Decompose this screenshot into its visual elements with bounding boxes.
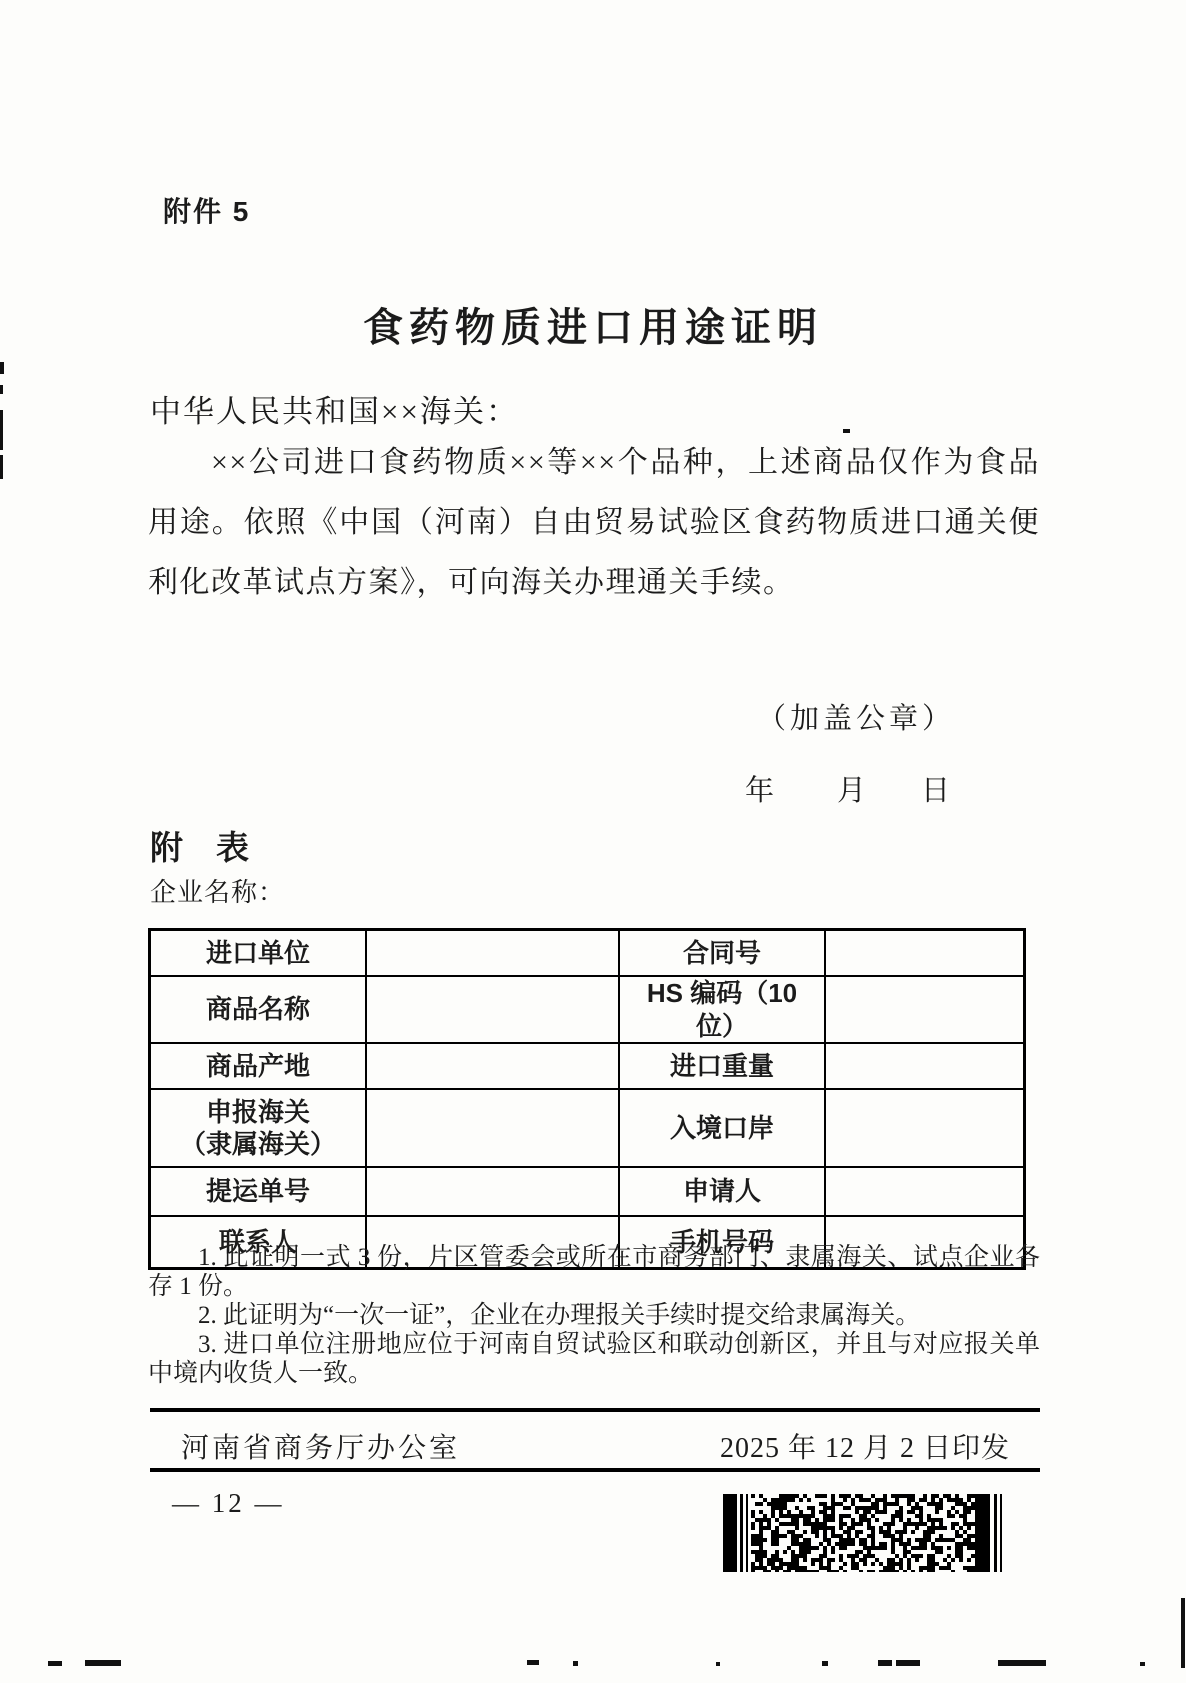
table-row: 提运单号 申请人 — [150, 1167, 1025, 1216]
field-label-contract-no: 合同号 — [619, 930, 825, 977]
scan-artifact — [822, 1661, 828, 1666]
salutation-line: 中华人民共和国××海关： — [150, 386, 519, 431]
page-number: — 12 — — [172, 1488, 285, 1519]
year-label: 年 — [745, 775, 774, 807]
month-label: 月 — [837, 775, 866, 807]
field-value-applicant — [825, 1167, 1025, 1216]
field-label-applicant: 申请人 — [619, 1167, 825, 1216]
field-label-entry-port: 入境口岸 — [619, 1089, 825, 1167]
table-row: 进口单位 合同号 — [150, 930, 1025, 977]
field-value-contract-no — [825, 930, 1025, 977]
scan-artifact — [1181, 1598, 1185, 1668]
note-item: 1. 此证明一式 3 份，片区管委会或所在市商务部门、隶属海关、试点企业各存 1… — [148, 1243, 1040, 1301]
company-name-label: 企业名称： — [150, 872, 285, 909]
footer-issuer: 河南省商务厅办公室 — [181, 1426, 460, 1466]
field-value-entry-port — [825, 1089, 1025, 1167]
scan-artifact — [878, 1660, 892, 1666]
field-value-import-unit — [366, 930, 619, 977]
scan-artifact — [843, 429, 850, 433]
scan-artifact — [0, 362, 4, 374]
document-page: 附件 5 食药物质进口用途证明 中华人民共和国××海关： ××公司进口食药物质×… — [0, 0, 1186, 1683]
day-label: 日 — [921, 775, 950, 807]
scan-artifact — [1140, 1662, 1145, 1666]
body-paragraph: ××公司进口食药物质××等××个品种，上述商品仅作为食品用途。依照《中国（河南）… — [148, 433, 1040, 613]
note-item: 3. 进口单位注册地应位于河南自贸试验区和联动创新区，并且与对应报关单中境内收货… — [148, 1330, 1040, 1388]
field-label-import-weight: 进口重量 — [619, 1043, 825, 1089]
field-label-declare-customs: 申报海关（隶属海关） — [150, 1089, 367, 1167]
scan-artifact — [0, 455, 3, 479]
field-label-bill-of-lading: 提运单号 — [150, 1167, 367, 1216]
table-row: 商品产地 进口重量 — [150, 1043, 1025, 1089]
scan-artifact — [998, 1660, 1046, 1666]
attachment-label: 附件 5 — [163, 190, 250, 230]
field-label-origin: 商品产地 — [150, 1043, 367, 1089]
field-value-origin — [366, 1043, 619, 1089]
scan-artifact — [896, 1660, 920, 1666]
footer-top-rule — [150, 1408, 1040, 1412]
field-value-import-weight — [825, 1043, 1025, 1089]
scan-artifact — [0, 410, 3, 450]
field-value-commodity-name — [366, 976, 619, 1043]
field-label-commodity-name: 商品名称 — [150, 976, 367, 1043]
field-value-bill-of-lading — [366, 1167, 619, 1216]
footer-bottom-rule — [150, 1468, 1040, 1472]
form-table: 进口单位 合同号 商品名称 HS 编码（10 位） 商品产地 进口重量 申报海关… — [148, 928, 1026, 1270]
scan-artifact — [527, 1660, 539, 1665]
scan-artifact — [0, 385, 3, 394]
scan-artifact — [48, 1661, 62, 1666]
scan-artifact — [716, 1662, 720, 1666]
seal-placeholder: （加盖公章） — [757, 696, 955, 737]
barcode — [723, 1494, 1007, 1572]
document-title: 食药物质进口用途证明 — [0, 296, 1186, 353]
table-row: 商品名称 HS 编码（10 位） — [150, 976, 1025, 1043]
field-value-hs-code — [825, 976, 1025, 1043]
notes-block: 1. 此证明一式 3 份，片区管委会或所在市商务部门、隶属海关、试点企业各存 1… — [148, 1243, 1040, 1388]
date-blank-line: 年月日 — [745, 768, 950, 809]
footer-print-date: 2025 年 12 月 2 日印发 — [720, 1426, 1010, 1466]
scan-artifact — [85, 1660, 121, 1666]
field-label-import-unit: 进口单位 — [150, 930, 367, 977]
appendix-heading: 附 表 — [150, 822, 249, 869]
table-row: 申报海关（隶属海关） 入境口岸 — [150, 1089, 1025, 1167]
field-value-declare-customs — [366, 1089, 619, 1167]
scan-artifact — [573, 1661, 578, 1666]
note-item: 2. 此证明为“一次一证”，企业在办理报关手续时提交给隶属海关。 — [148, 1301, 1040, 1330]
field-label-hs-code: HS 编码（10 位） — [619, 976, 825, 1043]
